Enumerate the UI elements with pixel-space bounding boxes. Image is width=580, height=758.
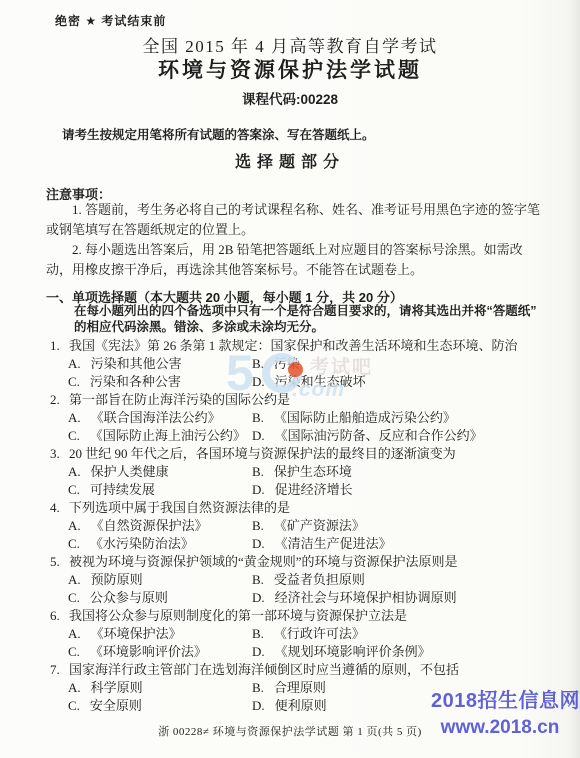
option-c: C.《水污染防治法》 — [68, 535, 252, 553]
option-c: C.《环境影响评价法》 — [68, 643, 252, 661]
option-label: D. — [252, 374, 265, 389]
option-label: B. — [252, 356, 264, 371]
option-b: B.受益者负担原则 — [252, 571, 580, 589]
question-number: 5. — [50, 553, 63, 571]
option-text: 《环境保护法》 — [91, 626, 182, 641]
option-a: A.《环境保护法》 — [68, 625, 252, 643]
question-stem: 2.第一部旨在防止海洋污染的国际公约是 — [50, 391, 580, 409]
option-text: 保护生态环境 — [274, 464, 352, 479]
option-label: B. — [252, 572, 264, 587]
question-number: 4. — [50, 499, 63, 517]
question-stem: 7.国家海洋行政主管部门在选划海洋倾倒区时应当遵循的原则，不包括 — [50, 661, 580, 679]
option-label: A. — [68, 572, 81, 587]
option-text: 《国际防止海上油污公约》 — [90, 428, 246, 443]
option-label: A. — [68, 410, 81, 425]
option-text: 污染和生态破坏 — [275, 374, 366, 389]
exam-title: 环境与资源保护法学试题 — [0, 54, 580, 84]
option-label: C. — [68, 374, 80, 389]
question-number: 7. — [50, 661, 63, 679]
question-2: 2.第一部旨在防止海洋污染的国际公约是 A.《联合国海洋法公约》 B.《国际防止… — [0, 391, 580, 445]
option-text: 可持续发展 — [90, 482, 155, 497]
question-number: 2. — [50, 391, 63, 409]
option-label: C. — [68, 536, 80, 551]
option-text: 《矿产资源法》 — [274, 518, 365, 533]
option-text: 合理原则 — [274, 680, 326, 695]
option-label: D. — [252, 482, 265, 497]
option-text: 促进经济增长 — [275, 482, 353, 497]
question-options: A.科学原则 B.合理原则 C.安全原则 D.便利原则 — [68, 679, 580, 715]
part-note: 在每小题列出的四个备选项中只有一个是符合题目要求的，请将其选出并将“答题纸”的相… — [74, 303, 542, 335]
option-label: C. — [68, 644, 80, 659]
option-text: 安全原则 — [90, 698, 142, 713]
note-item-1: 1. 答题前，考生务必将自己的考试课程名称、姓名、准考证号用黑色字迹的签字笔或钢… — [46, 200, 542, 240]
option-text: 受益者负担原则 — [274, 572, 365, 587]
question-7: 7.国家海洋行政主管部门在选划海洋倾倒区时应当遵循的原则，不包括 A.科学原则 … — [0, 661, 580, 715]
option-text: 经济社会与环境保护相协调原则 — [275, 590, 457, 605]
question-stem: 6.我国将公众参与原则制度化的第一部环境与资源保护立法是 — [50, 607, 580, 625]
option-b: B.《国际防止船舶造成污染公约》 — [252, 409, 580, 427]
question-stem: 4.下列选项中属于我国自然资源法律的是 — [50, 499, 580, 517]
option-d: D.经济社会与环境保护相协调原则 — [252, 589, 580, 607]
option-a: A.预防原则 — [68, 571, 252, 589]
option-c: C.可持续发展 — [68, 481, 252, 499]
option-label: D. — [252, 644, 265, 659]
option-label: D. — [252, 428, 265, 443]
option-d: D.便利原则 — [252, 697, 580, 715]
option-text: 《自然资源保护法》 — [91, 518, 208, 533]
option-c: C.《国际防止海上油污公约》 — [68, 427, 252, 445]
question-stem: 1.我国《宪法》第 26 条第 1 款规定：国家保护和改善生活环境和生态环境、防… — [50, 337, 580, 355]
question-stem: 5.被视为环境与资源保护领域的“黄金规则”的环境与资源保护法原则是 — [50, 553, 580, 571]
option-text: 《联合国海洋法公约》 — [91, 410, 221, 425]
option-label: D. — [252, 536, 265, 551]
option-a: A.污染和其他公害 — [68, 355, 252, 373]
option-label: C. — [68, 590, 80, 605]
option-text: 科学原则 — [91, 680, 143, 695]
option-label: A. — [68, 626, 81, 641]
question-6: 6.我国将公众参与原则制度化的第一部环境与资源保护立法是 A.《环境保护法》 B… — [0, 607, 580, 661]
exam-paper-page: 绝密 ★ 考试结束前 全国 2015 年 4 月高等教育自学考试 环境与资源保护… — [0, 0, 580, 758]
option-text: 预防原则 — [91, 572, 143, 587]
option-c: C.污染和各种公害 — [68, 373, 252, 391]
option-label: B. — [252, 464, 264, 479]
option-label: B. — [252, 518, 264, 533]
option-text: 保护人类健康 — [91, 464, 169, 479]
option-b: B.污染 — [252, 355, 580, 373]
option-label: A. — [68, 356, 81, 371]
option-text: 污染和各种公害 — [90, 374, 181, 389]
option-text: 《清洁生产促进法》 — [275, 536, 392, 551]
question-number: 6. — [50, 607, 63, 625]
question-text: 20 世纪 90 年代之后，各国环境与资源保护法的最终目的逐渐演变为 — [69, 446, 456, 461]
option-d: D.《国际油污防备、反应和合作公约》 — [252, 427, 580, 445]
question-number: 3. — [50, 445, 63, 463]
option-c: C.公众参与原则 — [68, 589, 252, 607]
question-3: 3.20 世纪 90 年代之后，各国环境与资源保护法的最终目的逐渐演变为 A.保… — [0, 445, 580, 499]
option-text: 污染和其他公害 — [91, 356, 182, 371]
option-b: B.保护生态环境 — [252, 463, 580, 481]
question-5: 5.被视为环境与资源保护领域的“黄金规则”的环境与资源保护法原则是 A.预防原则… — [0, 553, 580, 607]
question-text: 被视为环境与资源保护领域的“黄金规则”的环境与资源保护法原则是 — [69, 554, 458, 569]
question-text: 下列选项中属于我国自然资源法律的是 — [69, 500, 290, 515]
question-1: 1.我国《宪法》第 26 条第 1 款规定：国家保护和改善生活环境和生态环境、防… — [0, 337, 580, 391]
option-b: B.合理原则 — [252, 679, 580, 697]
option-text: 《国际油污防备、反应和合作公约》 — [275, 428, 483, 443]
option-label: B. — [252, 410, 264, 425]
note-item-2: 2. 每小题选出答案后，用 2B 铅笔把答题纸上对应题目的答案标号涂黑。如需改动… — [46, 240, 542, 280]
question-options: A.预防原则 B.受益者负担原则 C.公众参与原则 D.经济社会与环境保护相协调… — [68, 571, 580, 607]
option-text: 《规划环境影响评价条例》 — [275, 644, 431, 659]
option-a: A.《自然资源保护法》 — [68, 517, 252, 535]
option-text: 《环境影响评价法》 — [90, 644, 207, 659]
scan-edge-shadow — [568, 0, 580, 758]
option-label: B. — [252, 680, 264, 695]
option-text: 便利原则 — [275, 698, 327, 713]
page-footer: 浙 00228≠ 环境与资源保护法学试题 第 1 页(共 5 页) — [0, 723, 580, 739]
option-label: C. — [68, 428, 80, 443]
section-title: 选择题部分 — [0, 149, 580, 172]
option-label: A. — [68, 680, 81, 695]
option-a: A.《联合国海洋法公约》 — [68, 409, 252, 427]
question-text: 我国《宪法》第 26 条第 1 款规定：国家保护和改善生活环境和生态环境、防治 — [69, 338, 518, 353]
option-text: 《国际防止船舶造成污染公约》 — [274, 410, 456, 425]
question-text: 我国将公众参与原则制度化的第一部环境与资源保护立法是 — [69, 608, 407, 623]
option-d: D.促进经济增长 — [252, 481, 580, 499]
option-text: 公众参与原则 — [90, 590, 168, 605]
option-label: D. — [252, 698, 265, 713]
option-d: D.《清洁生产促进法》 — [252, 535, 580, 553]
option-a: A.科学原则 — [68, 679, 252, 697]
question-options: A.污染和其他公害 B.污染 C.污染和各种公害 D.污染和生态破坏 — [68, 355, 580, 391]
option-label: C. — [68, 698, 80, 713]
question-options: A.《环境保护法》 B.《行政许可法》 C.《环境影响评价法》 D.《规划环境影… — [68, 625, 580, 661]
question-text: 国家海洋行政主管部门在选划海洋倾倒区时应当遵循的原则，不包括 — [69, 662, 459, 677]
option-label: D. — [252, 590, 265, 605]
option-c: C.安全原则 — [68, 697, 252, 715]
option-label: B. — [252, 626, 264, 641]
option-label: A. — [68, 518, 81, 533]
classification-banner: 绝密 ★ 考试结束前 — [55, 12, 166, 29]
option-text: 《行政许可法》 — [274, 626, 365, 641]
course-code: 课程代码:00228 — [0, 88, 580, 108]
question-options: A.《联合国海洋法公约》 B.《国际防止船舶造成污染公约》 C.《国际防止海上油… — [68, 409, 580, 445]
question-text: 第一部旨在防止海洋污染的国际公约是 — [69, 392, 290, 407]
question-options: A.保护人类健康 B.保护生态环境 C.可持续发展 D.促进经济增长 — [68, 463, 580, 499]
question-stem: 3.20 世纪 90 年代之后，各国环境与资源保护法的最终目的逐渐演变为 — [50, 445, 580, 463]
option-label: C. — [68, 482, 80, 497]
option-text: 《水污染防治法》 — [90, 536, 194, 551]
question-4: 4.下列选项中属于我国自然资源法律的是 A.《自然资源保护法》 B.《矿产资源法… — [0, 499, 580, 553]
option-b: B.《矿产资源法》 — [252, 517, 580, 535]
answer-sheet-instruction: 请考生按规定用笔将所有试题的答案涂、写在答题纸上。 — [62, 125, 375, 143]
option-d: D.《规划环境影响评价条例》 — [252, 643, 580, 661]
option-a: A.保护人类健康 — [68, 463, 252, 481]
question-number: 1. — [50, 337, 63, 355]
question-options: A.《自然资源保护法》 B.《矿产资源法》 C.《水污染防治法》 D.《清洁生产… — [68, 517, 580, 553]
question-list: 1.我国《宪法》第 26 条第 1 款规定：国家保护和改善生活环境和生态环境、防… — [0, 337, 580, 715]
option-b: B.《行政许可法》 — [252, 625, 580, 643]
option-label: A. — [68, 464, 81, 479]
option-text: 污染 — [274, 356, 300, 371]
option-d: D.污染和生态破坏 — [252, 373, 580, 391]
